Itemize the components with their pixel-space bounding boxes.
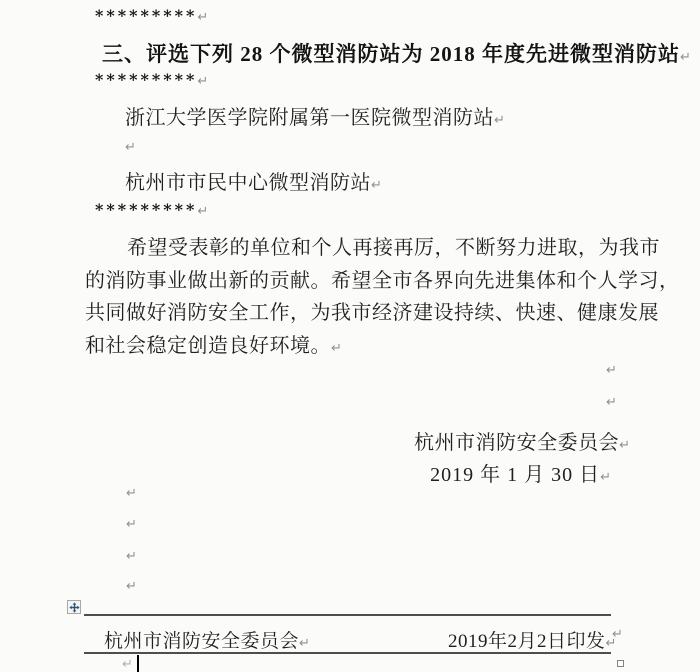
station-name: 杭州市市民中心微型消防站 [125,172,371,194]
empty-paragraph-mark: ↵ [122,657,133,672]
paragraph-mark-icon: ↵ [197,74,208,89]
separator-row-1: *********↵ [95,6,208,25]
separator-row-3: *********↵ [95,200,208,219]
paragraph-mark-icon: ↵ [331,341,342,356]
closing-paragraph-line-1: 希望受表彰的单位和个人再接再厉，不断努力进取，为我市 [127,231,660,260]
four-way-arrow-icon [69,602,80,613]
empty-paragraph-mark: ↵ [126,486,137,501]
paragraph-mark-icon: ↵ [600,470,611,485]
text-caret [137,655,139,672]
table-move-handle[interactable] [67,600,81,614]
closing-paragraph-line-3: 共同做好消防安全工作，为我市经济建设持续、快速、健康发展 [85,296,659,325]
closing-paragraph-line-4: 和社会稳定创造良好环境。↵ [85,329,342,358]
footer-issuer-text: 杭州市消防安全委员会 [104,631,299,652]
closing-paragraph-line-2: 的消防事业做出新的贡献。希望全市各界向先进集体和个人学习， [85,264,680,293]
paragraph-text: 和社会稳定创造良好环境。 [85,335,331,357]
empty-paragraph-mark: ↵ [126,517,137,532]
section-heading: 三、评选下列 28 个微型消防站为 2018 年度先进微型消防站↵ [102,38,691,68]
paragraph-mark-icon: ↵ [126,579,137,594]
paragraph-mark-icon: ↵ [371,178,382,193]
empty-paragraph-mark: ↵ [126,579,137,594]
footer-print-date-cell: 2019年2月2日印发↵ [448,626,616,653]
paragraph-mark-icon: ↵ [680,50,691,65]
paragraph-mark-icon: ↵ [494,113,505,128]
paragraph-mark-icon: ↵ [612,627,623,642]
paragraph-mark-icon: ↵ [606,395,617,410]
signature-date-text: 2019 年 1 月 30 日 [430,464,600,486]
footer-issuer-cell: 杭州市消防安全委员会↵ [104,626,310,653]
separator-asterisks: ********* [95,6,197,25]
separator-asterisks: ********* [95,70,197,89]
paragraph-mark-icon: ↵ [197,204,208,219]
station-name: 浙江大学医学院附属第一医院微型消防站 [125,107,494,129]
paragraph-mark-icon: ↵ [122,657,133,672]
paragraph-text: 共同做好消防安全工作，为我市经济建设持续、快速、健康发展 [85,302,659,324]
paragraph-mark-icon: ↵ [125,140,136,155]
table-resize-handle[interactable] [617,660,624,667]
separator-row-2: *********↵ [95,70,208,89]
paragraph-mark-icon: ↵ [606,363,617,378]
paragraph-mark-icon: ↵ [126,486,137,501]
signature-org-text: 杭州市消防安全委员会 [414,432,619,454]
empty-paragraph-mark: ↵ [606,363,617,378]
footer-print-date-text: 2019年2月2日印发 [448,631,606,652]
station-item-1: 浙江大学医学院附属第一医院微型消防站↵ [125,101,505,130]
empty-paragraph-mark: ↵ [126,549,137,564]
section-heading-text: 三、评选下列 28 个微型消防站为 2018 年度先进微型消防站 [102,42,680,66]
paragraph-mark-icon: ↵ [619,438,630,453]
paragraph-text: 的消防事业做出新的贡献。希望全市各界向先进集体和个人学习， [85,270,680,292]
paragraph-mark-icon: ↵ [126,549,137,564]
paragraph-mark-icon: ↵ [197,10,208,25]
station-item-2: 杭州市市民中心微型消防站↵ [125,166,382,195]
paragraph-text: 希望受表彰的单位和个人再接再厉，不断努力进取，为我市 [127,237,660,259]
paragraph-mark-icon: ↵ [126,517,137,532]
row-end-paragraph-mark: ↵ [612,627,623,642]
document-page[interactable]: *********↵ 三、评选下列 28 个微型消防站为 2018 年度先进微型… [0,0,700,672]
signature-org: 杭州市消防安全委员会↵ [414,426,630,455]
signature-date: 2019 年 1 月 30 日↵ [430,458,611,487]
paragraph-mark-icon: ↵ [299,636,310,651]
separator-asterisks: ********* [95,200,197,219]
empty-paragraph-mark: ↵ [125,140,136,155]
footer-table-top-border [84,614,611,616]
empty-paragraph-mark: ↵ [606,395,617,410]
